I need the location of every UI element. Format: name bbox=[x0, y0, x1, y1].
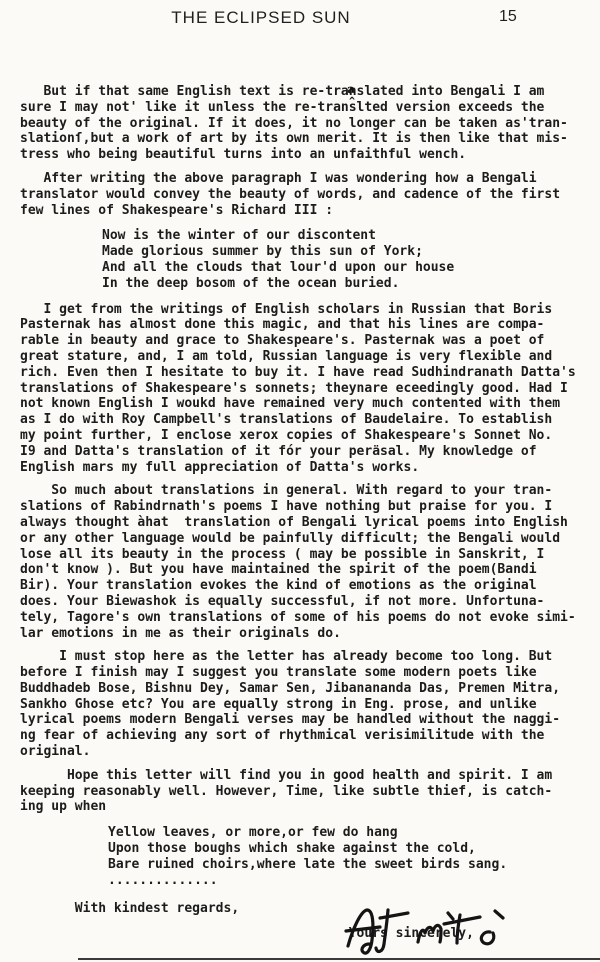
letter-body: But if that same English text is re-tran… bbox=[20, 84, 592, 950]
paragraph-6: Hope this letter will find you in good h… bbox=[20, 768, 592, 815]
signature-icon bbox=[340, 904, 525, 959]
scanned-letter-page: THE ECLIPSED SUN 15 But if that same Eng… bbox=[0, 0, 600, 962]
handwritten-caret-mark: ^ bbox=[349, 96, 355, 107]
quote-richard-iii: Now is the winter of our discontent Made… bbox=[20, 228, 592, 291]
paragraph-4: So much about translations in general. W… bbox=[20, 483, 592, 641]
paragraph-3: I get from the writings of English schol… bbox=[20, 302, 592, 476]
handwritten-insert-a: a bbox=[346, 84, 355, 95]
page-bottom-rule bbox=[78, 958, 600, 960]
paragraph-5: I must stop here as the letter has alrea… bbox=[20, 649, 592, 760]
paragraph-2: After writing the above paragraph I was … bbox=[20, 171, 592, 218]
paragraph-1: But if that same English text is re-tran… bbox=[20, 84, 592, 163]
page-number: 15 bbox=[499, 8, 517, 26]
signature-handwritten bbox=[340, 904, 525, 962]
quote-sonnet-73: Yellow leaves, or more,or few do hang Up… bbox=[20, 825, 592, 888]
